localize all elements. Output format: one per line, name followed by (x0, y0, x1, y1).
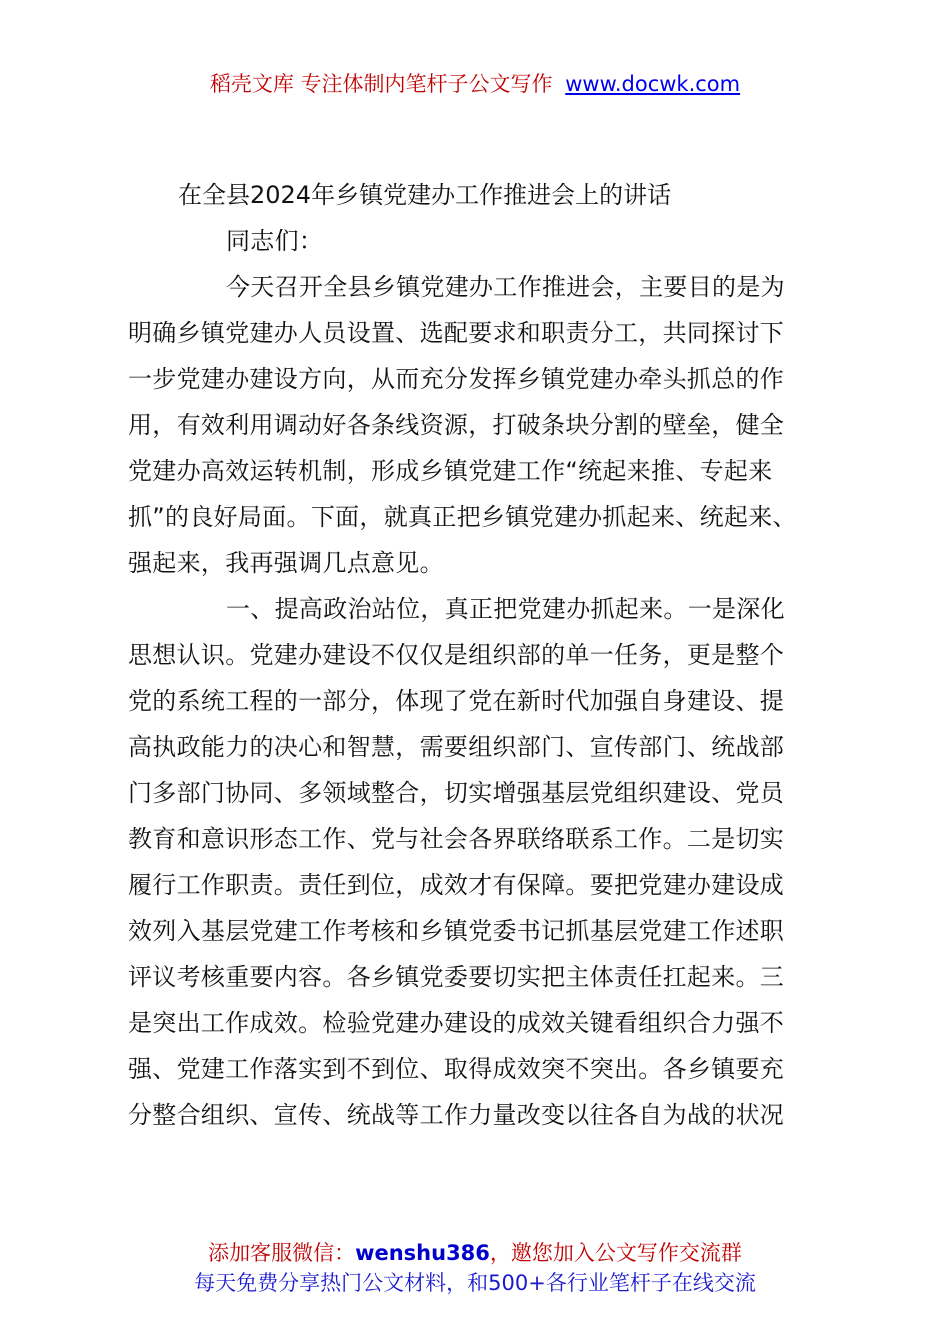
paragraph-line: 强起来，我再强调几点意见。 (128, 540, 828, 586)
paragraph-line: 党的系统工程的一部分，体现了党在新时代加强自身建设、提 (128, 678, 828, 724)
document-body: 在全县2024年乡镇党建办工作推进会上的讲话 同志们： 今天召开全县乡镇党建办工… (128, 172, 828, 1138)
paragraph-line: 门多部门协同、多领域整合，切实增强基层党组织建设、党员 (128, 770, 828, 816)
wechat-id: wenshu386 (355, 1241, 490, 1265)
salutation: 同志们： (128, 218, 828, 264)
watermark-footer: 添加客服微信：wenshu386，邀您加入公文写作交流群 每天免费分享热门公文材… (0, 1238, 950, 1298)
paragraph-line: 是突出工作成效。检验党建办建设的成效关键看组织合力强不 (128, 1000, 828, 1046)
footer-promo-line: 每天免费分享热门公文材料，和500+各行业笔杆子在线交流 (0, 1268, 950, 1298)
paragraph-line: 一步党建办建设方向，从而充分发挥乡镇党建办牵头抓总的作 (128, 356, 828, 402)
paragraph-line: 履行工作职责。责任到位，成效才有保障。要把党建办建设成 (128, 862, 828, 908)
paragraph-line: 教育和意识形态工作、党与社会各界联络联系工作。二是切实 (128, 816, 828, 862)
paragraph-line: 评议考核重要内容。各乡镇党委要切实把主体责任扛起来。三 (128, 954, 828, 1000)
paragraph-line: 党建办高效运转机制，形成乡镇党建工作“统起来推、专起来 (128, 448, 828, 494)
paragraph-line: 效列入基层党建工作考核和乡镇党委书记抓基层党建工作述职 (128, 908, 828, 954)
brand-slogan: 稻壳文库 专注体制内笔杆子公文写作 (210, 72, 553, 96)
document-title: 在全县2024年乡镇党建办工作推进会上的讲话 (128, 172, 828, 218)
footer-prefix: 添加客服微信： (208, 1241, 355, 1265)
paragraph-line: 今天召开全县乡镇党建办工作推进会，主要目的是为 (128, 264, 828, 310)
footer-contact-line: 添加客服微信：wenshu386，邀您加入公文写作交流群 (0, 1238, 950, 1268)
paragraph-line: 用，有效利用调动好各条线资源，打破条块分割的壁垒，健全 (128, 402, 828, 448)
paragraph-line: 明确乡镇党建办人员设置、选配要求和职责分工，共同探讨下 (128, 310, 828, 356)
paragraph-line: 强、党建工作落实到不到位、取得成效突不突出。各乡镇要充 (128, 1046, 828, 1092)
footer-suffix: ，邀您加入公文写作交流群 (490, 1241, 742, 1265)
paragraph-line: 思想认识。党建办建设不仅仅是组织部的单一任务，更是整个 (128, 632, 828, 678)
paragraph-line: 分整合组织、宣传、统战等工作力量改变以往各自为战的状况 (128, 1092, 828, 1138)
paragraph-line: 高执政能力的决心和智慧，需要组织部门、宣传部门、统战部 (128, 724, 828, 770)
paragraph-line: 抓”的良好局面。下面，就真正把乡镇党建办抓起来、统起来、 (128, 494, 828, 540)
website-link[interactable]: www.docwk.com (565, 72, 740, 96)
section-heading-line: 一、提高政治站位，真正把党建办抓起来。一是深化 (128, 586, 828, 632)
watermark-header: 稻壳文库 专注体制内笔杆子公文写作 www.docwk.com (0, 68, 950, 100)
